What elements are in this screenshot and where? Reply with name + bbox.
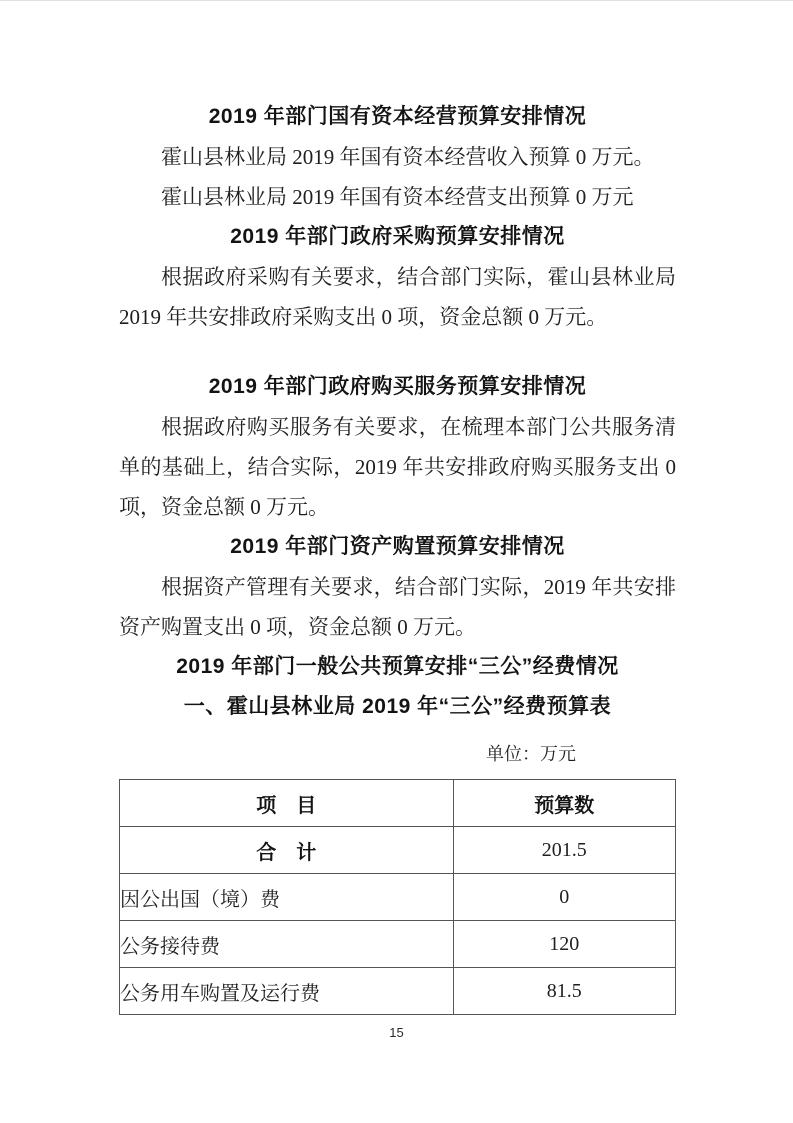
- table-header-row: 项 目 预算数: [120, 780, 676, 827]
- paragraph-gov-purchased-services: 根据政府购买服务有关要求，在梳理本部门公共服务清单的基础上，结合实际，2019 …: [119, 407, 676, 527]
- section-title-three-public-expenses: 2019 年部门一般公共预算安排“三公”经费情况: [119, 647, 676, 687]
- row-label-official-reception: 公务接待费: [120, 921, 454, 968]
- column-header-item: 项 目: [120, 780, 454, 827]
- blank-line: [119, 337, 676, 367]
- table-unit-label: 单位：万元: [119, 737, 676, 771]
- table-row-official-vehicles: 公务用车购置及运行费 81.5: [120, 968, 676, 1015]
- document-content: 2019 年部门国有资本经营预算安排情况 霍山县林业局 2019 年国有资本经营…: [119, 97, 676, 1015]
- section-title-gov-purchased-services-budget: 2019 年部门政府购买服务预算安排情况: [119, 367, 676, 407]
- paragraph-asset-purchase: 根据资产管理有关要求，结合部门实际，2019 年共安排资产购置支出 0 项，资金…: [119, 567, 676, 647]
- document-page: 2019 年部门国有资本经营预算安排情况 霍山县林业局 2019 年国有资本经营…: [0, 0, 793, 1123]
- sangong-budget-table: 项 目 预算数 合 计 201.5 因公出国（境）费 0 公务接待费 120: [119, 779, 676, 1015]
- row-label-total: 合 计: [120, 827, 454, 874]
- section-title-asset-purchase-budget: 2019 年部门资产购置预算安排情况: [119, 527, 676, 567]
- table-row-official-reception: 公务接待费 120: [120, 921, 676, 968]
- table-row-overseas-travel: 因公出国（境）费 0: [120, 874, 676, 921]
- table-row-total: 合 计 201.5: [120, 827, 676, 874]
- subsection-title-three-public-budget-table: 一、霍山县林业局 2019 年“三公”经费预算表: [119, 687, 676, 727]
- paragraph-state-capital-expense: 霍山县林业局 2019 年国有资本经营支出预算 0 万元: [119, 177, 676, 217]
- paragraph-state-capital-income: 霍山县林业局 2019 年国有资本经营收入预算 0 万元。: [119, 137, 676, 177]
- row-value-total: 201.5: [453, 827, 675, 874]
- row-label-overseas-travel: 因公出国（境）费: [120, 874, 454, 921]
- paragraph-gov-procurement: 根据政府采购有关要求，结合部门实际，霍山县林业局 2019 年共安排政府采购支出…: [119, 257, 676, 337]
- section-title-gov-procurement-budget: 2019 年部门政府采购预算安排情况: [119, 217, 676, 257]
- section-title-state-capital-budget: 2019 年部门国有资本经营预算安排情况: [119, 97, 676, 137]
- row-label-official-vehicles: 公务用车购置及运行费: [120, 968, 454, 1015]
- column-header-budget: 预算数: [453, 780, 675, 827]
- row-value-official-reception: 120: [453, 921, 675, 968]
- row-value-official-vehicles: 81.5: [453, 968, 675, 1015]
- page-number: 15: [0, 1025, 793, 1040]
- row-value-overseas-travel: 0: [453, 874, 675, 921]
